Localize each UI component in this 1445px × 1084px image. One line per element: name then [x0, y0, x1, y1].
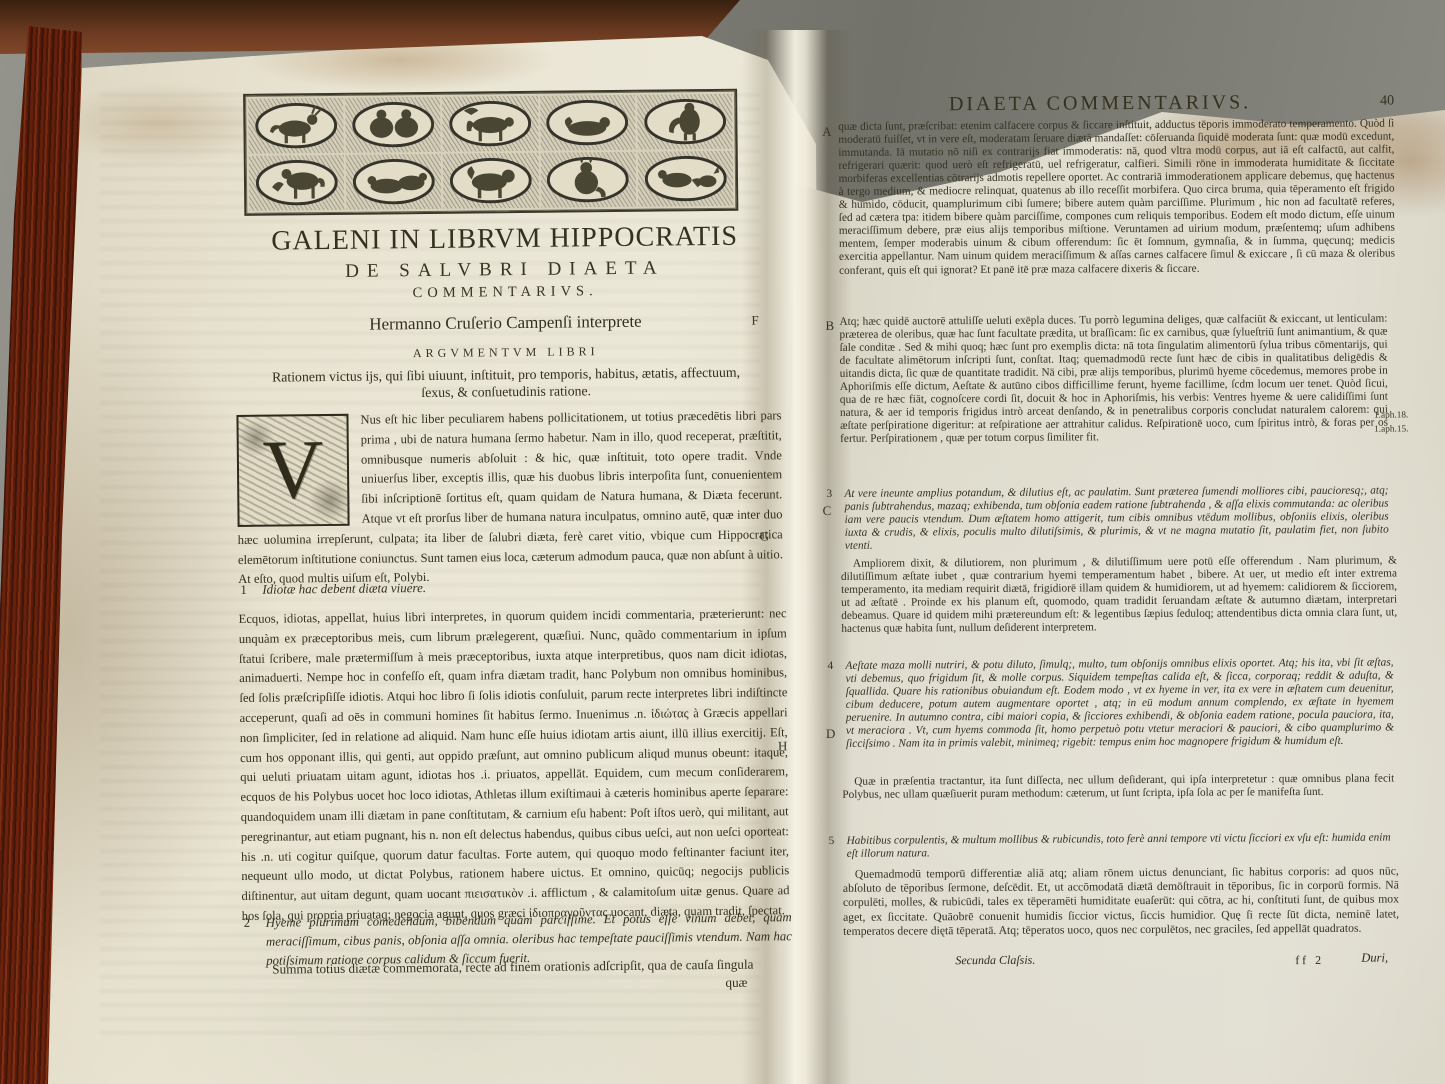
section-number: 3	[826, 488, 836, 553]
margin-letter-H: H	[778, 738, 788, 754]
paragraph-intro: VNus eſt hic liber peculiarem habens pol…	[236, 406, 783, 590]
paragraph-quemadmodum: Quemadmodū temporū differentiæ aliā atq;…	[843, 864, 1399, 938]
woodcut-medallion-lioness-icon	[540, 95, 636, 151]
marginal-citation-1: 1.aph.18.	[1374, 410, 1420, 421]
footer-class-label: Secunda Claſsis.	[955, 953, 1035, 968]
right-page-content: DIAETA COMMENTARIVS. 40 quæ dicta ſunt, …	[820, 84, 1404, 88]
argument-text: Rationem victus ijs, qui ſibi uiuunt, in…	[266, 364, 746, 403]
margin-letter-B: B	[825, 318, 834, 334]
lemma-text: Habitibus corpulentis, & multum mollibus…	[847, 832, 1391, 861]
section-3-lemma: 3 At vere ineunte amplius potandum, & di…	[826, 485, 1388, 554]
marginal-citation-2: 1.aph.15.	[1374, 424, 1420, 435]
woodcut-medallion-fox-hare-icon	[638, 151, 734, 207]
section-heading-text: Idiotæ hac debent diæta viuere.	[262, 580, 426, 598]
woodcut-medallion-monkey-goat-icon	[249, 155, 345, 211]
signature-mark: ff 2	[1295, 953, 1324, 968]
drop-cap-initial: V	[236, 414, 349, 527]
paragraph-ampliorem: Ampliorem dixit, & dilutiorem, non pluri…	[841, 554, 1397, 636]
catchword: Duri,	[1361, 951, 1388, 966]
margin-letter-G: G	[760, 528, 770, 544]
section-4-lemma: 4 Aeſtate maza molli nutriri, & potu dil…	[827, 657, 1394, 752]
paragraph-A: quæ dicta ſunt, præſcribat: etenim calfa…	[838, 117, 1395, 277]
lemma-text: At vere ineunte amplius potandum, & dilu…	[844, 485, 1388, 554]
paragraph-commentary-1: Ecquos, idiotas, appellat, huius libri i…	[238, 604, 789, 926]
section-5-lemma: 5 Habitibus corpulentis, & multum mollib…	[829, 832, 1391, 862]
woodcut-medallion-dog-boar-icon	[346, 154, 442, 210]
book-photo: GALENI IN LIBRVM HIPPOCRATIS DE SALVBRI …	[0, 0, 1445, 1084]
book-title-line1: GALENI IN LIBRVM HIPPOCRATIS	[234, 220, 774, 258]
section-number: 1	[240, 582, 252, 598]
woodcut-animal-headpiece	[243, 89, 738, 216]
paragraph-quae: Quæ in præſentia tractantur, ita ſunt di…	[842, 773, 1394, 802]
section-number: 5	[829, 835, 839, 861]
woodcut-medallion-lion-icon	[443, 153, 539, 209]
margin-letter-A: A	[822, 124, 831, 140]
margin-letter-F: F	[751, 313, 758, 329]
woodcut-medallion-cat-icon	[540, 152, 636, 208]
woodcut-medallion-deer-icon	[248, 98, 344, 154]
margin-letter-D: D	[826, 726, 835, 742]
woodcut-medallion-wolf-icon	[443, 96, 539, 152]
lemma-text: Aeſtate maza molli nutriri, & potu dilut…	[845, 657, 1394, 752]
woodcut-medallion-ape-icon	[637, 94, 733, 150]
margin-letter-C: C	[823, 503, 832, 519]
paragraph-B: Atq; hæc quidē auctorē attuliſſe ueluti …	[839, 313, 1388, 447]
woodcut-medallion-bears-icon	[345, 97, 441, 153]
